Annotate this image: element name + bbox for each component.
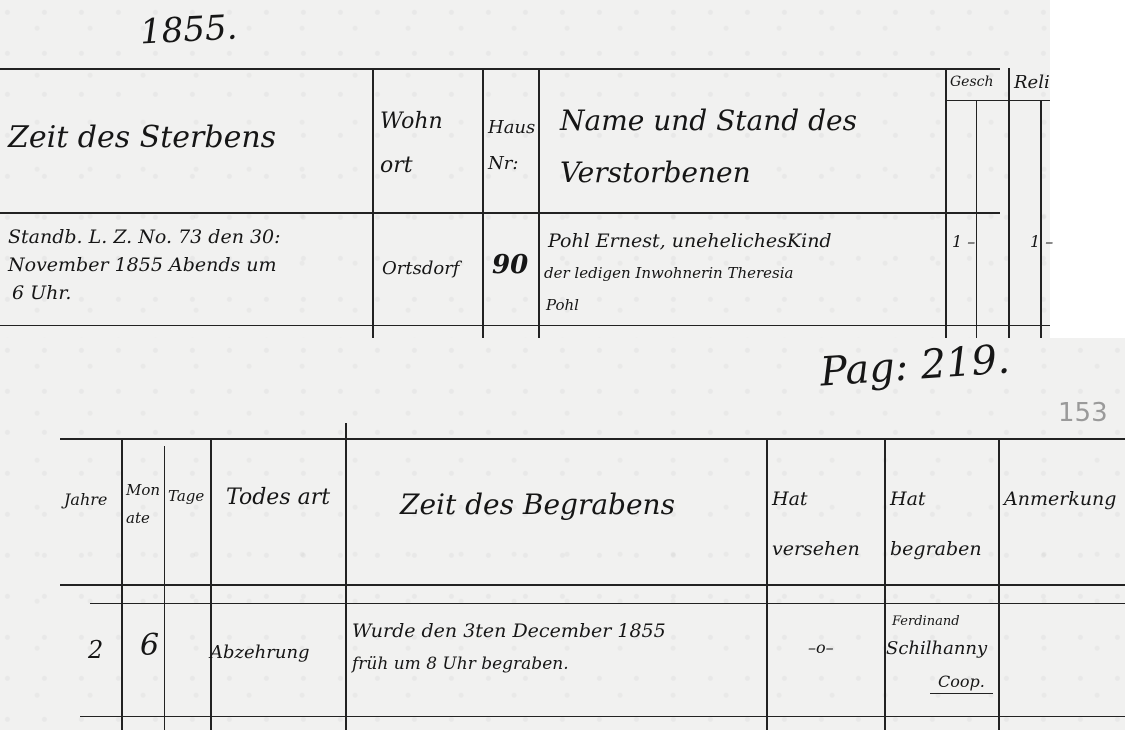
header-religion: Reli — [1014, 72, 1050, 93]
entry-administered-by: –o– — [808, 638, 834, 657]
entry-residence: Ortsdorf — [382, 258, 459, 279]
col-divider — [345, 423, 347, 730]
col-divider — [538, 68, 540, 340]
entry-buried-by-line2: Schilhanny — [886, 638, 987, 659]
entry-cause-of-death: Abzehrung — [210, 642, 310, 663]
col-divider — [1008, 68, 1010, 340]
subheader-rule — [945, 100, 1050, 101]
entry-sex: 1 – — [952, 232, 975, 251]
header-time-of-death: Zeit des Sterbens — [8, 120, 276, 155]
col-divider — [945, 68, 947, 340]
archive-number: 153 — [1058, 398, 1108, 428]
col-divider — [482, 68, 484, 340]
row-rule — [90, 603, 1125, 604]
register-fragment-bottom: Pag: 219. 153 Jahre Monate Tage Todes ar… — [0, 338, 1125, 730]
entry-days: 6 — [140, 628, 159, 663]
col-divider — [766, 438, 768, 730]
entry-house-no: 90 — [492, 250, 528, 280]
header-days: Tage — [168, 478, 206, 514]
col-divider — [121, 438, 123, 730]
col-divider — [976, 100, 977, 340]
header-cause-of-death: Todes art — [226, 474, 336, 522]
header-buried-by: Hat begraben — [890, 474, 996, 574]
register-fragment-top: 1855. Zeit des Sterbens Wohn ort Haus Nr… — [0, 0, 1050, 340]
year-heading: 1855. — [139, 7, 238, 52]
entry-time-of-death-line2: November 1855 Abends um — [8, 254, 277, 276]
col-divider — [884, 438, 886, 730]
entry-name-line1: Pohl Ernest, unehelichesKind — [548, 230, 832, 252]
table-top-rule — [60, 438, 1125, 440]
header-months: Monate — [126, 476, 162, 532]
entry-months: 2 — [88, 636, 103, 664]
entry-burial-line2: früh um 8 Uhr begraben. — [352, 654, 569, 674]
header-sex: Gesch — [950, 74, 994, 90]
row-rule — [0, 325, 1050, 326]
entry-buried-by-line1: Ferdinand — [892, 614, 960, 629]
col-divider — [372, 68, 374, 340]
col-divider — [998, 438, 1000, 730]
header-residence: Wohn ort — [380, 100, 475, 188]
col-divider — [1040, 100, 1042, 340]
header-bottom-rule — [0, 212, 1000, 214]
entry-buried-by-line3: Coop. — [930, 672, 993, 694]
col-divider — [164, 446, 165, 730]
header-remarks: Anmerkung — [1004, 474, 1114, 524]
table-top-rule — [0, 68, 1000, 70]
entry-burial-line1: Wurde den 3ten December 1855 — [352, 620, 666, 642]
header-name-and-status: Name und Stand des Verstorbenen — [560, 95, 930, 199]
col-divider — [210, 438, 212, 730]
header-years: Jahre — [64, 478, 114, 522]
header-time-of-burial: Zeit des Begrabens — [400, 478, 700, 532]
page-reference: Pag: 219. — [819, 336, 1012, 395]
entry-time-of-death-line1: Standb. L. Z. No. 73 den 30: — [8, 226, 281, 248]
row-rule — [80, 716, 1125, 717]
header-administered-by: Hat versehen — [772, 474, 882, 574]
entry-time-of-death-line3: 6 Uhr. — [12, 282, 71, 304]
header-bottom-rule — [60, 584, 1125, 586]
entry-name-line3: Pohl — [546, 296, 579, 314]
entry-name-line2: der ledigen Inwohnerin Theresia — [544, 264, 793, 282]
entry-religion: 1 – — [1030, 232, 1053, 251]
header-house-no: Haus Nr: — [488, 110, 536, 182]
